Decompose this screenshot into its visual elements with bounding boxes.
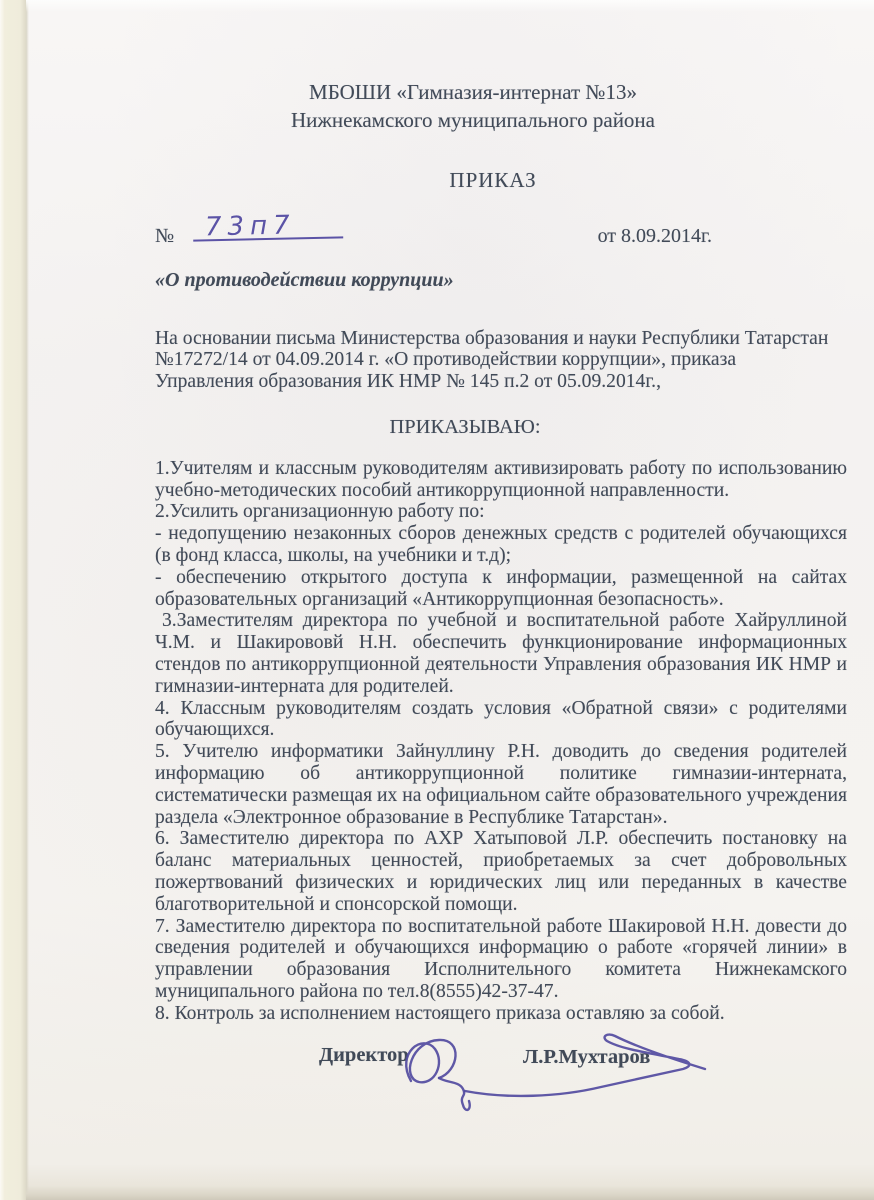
signature-ink-icon — [347, 1023, 717, 1119]
scanned-document-page: МБОШИ «Гимназия-интернат №13» Нижнекамск… — [0, 0, 874, 1200]
org-line-1: МБОШИ «Гимназия-интернат №13» — [127, 78, 819, 106]
order-item-6: 6. Заместителю директора по АХР Хатыпово… — [155, 828, 847, 915]
scan-edge-left — [0, 0, 26, 1200]
order-item-7: 7. Заместителю директора по воспитательн… — [155, 916, 847, 1003]
preamble-line: №17272/14 от 04.09.2014 г. «О противодей… — [155, 349, 847, 371]
doc-type-title: ПРИКАЗ — [147, 170, 839, 192]
signature-name: Л.Р.Мухтаров — [523, 1047, 650, 1069]
handwritten-number: 73п7 — [193, 214, 343, 241]
org-line-2: Нижнекамского муниципального района — [127, 106, 819, 134]
number-label: № — [155, 226, 174, 248]
scan-edge-bottom — [26, 1186, 874, 1200]
order-word: ПРИКАЗЫВАЮ: — [119, 417, 811, 439]
preamble-line: Управления образования ИК НМР № 145 п.2 … — [155, 371, 847, 393]
preamble-block: На основании письма Министерства образов… — [155, 328, 847, 393]
order-item-1: 1.Учителям и классным руководителям акти… — [155, 458, 847, 502]
order-item-8: 8. Контроль за исполнением настоящего пр… — [155, 1003, 847, 1025]
doc-date: от 8.09.2014г. — [598, 226, 712, 248]
order-item-2-sub-2: - обеспечению открытого доступа к информ… — [155, 567, 847, 611]
order-item-2-sub-1: - недопущению незаконных сборов денежных… — [155, 523, 847, 567]
org-name-block: МБОШИ «Гимназия-интернат №13» Нижнекамск… — [127, 78, 819, 134]
document-content: МБОШИ «Гимназия-интернат №13» Нижнекамск… — [155, 0, 847, 1123]
order-item-4: 4. Классным руководителям создать услови… — [155, 698, 847, 742]
order-item-5: 5. Учителю информатики Зайнуллину Р.Н. д… — [155, 741, 847, 828]
preamble-line: На основании письма Министерства образов… — [155, 328, 847, 350]
order-item-2: 2.Усилить организационную работу по: — [155, 501, 847, 523]
subject-line: «О противодействии коррупции» — [155, 270, 847, 292]
number-row: № 73п7 от 8.09.2014г. — [155, 220, 847, 254]
signature-row: Директор Л.Р.Мухтаров — [155, 1037, 847, 1123]
order-items: 1.Учителям и классным руководителям акти… — [155, 458, 847, 1025]
order-item-3: 3.Заместителям директора по учебной и во… — [155, 610, 847, 697]
